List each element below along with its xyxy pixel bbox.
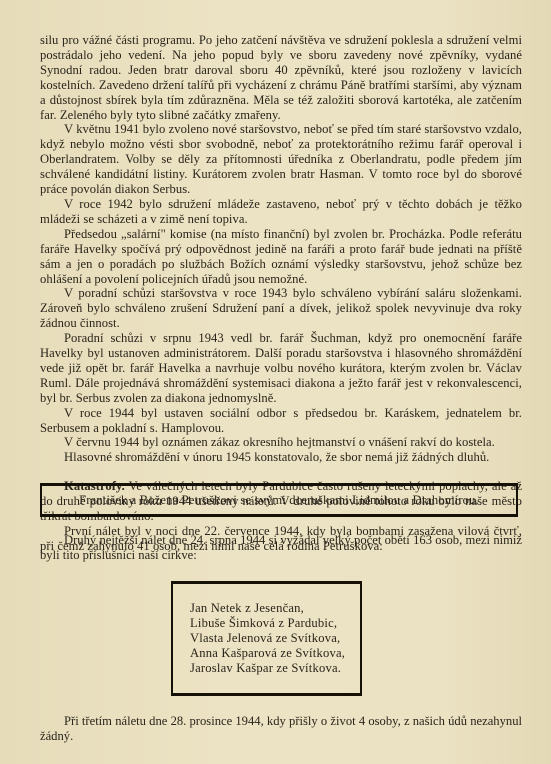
- document-page: silu pro vážné části programu. Po jeho z…: [40, 33, 522, 554]
- paragraph-third-raid-wrapper: Při třetím náletu dne 28. prosince 1944,…: [40, 714, 522, 744]
- paragraph-youth-1942: V roce 1942 bylo sdružení mládeže zastav…: [40, 197, 522, 227]
- paragraph-elders-1941: V květnu 1941 bylo zvoleno nové staršovs…: [40, 122, 522, 197]
- victim-name: Jan Netek z Jesenčan,: [190, 601, 360, 616]
- paragraph-salary-commission: Předsedou „salární" komise (na místo fin…: [40, 227, 522, 287]
- victim-name: Libuše Šimková z Pardubic,: [190, 616, 360, 631]
- paragraph-meeting-1943: V poradní schůzi staršovstva v roce 1943…: [40, 286, 522, 331]
- paragraph-coffin-ban-1944: V červnu 1944 byl oznámen zákaz okresníh…: [40, 435, 522, 450]
- paragraph-meeting-aug-1943: Poradní schůzi v srpnu 1943 vedl br. far…: [40, 331, 522, 406]
- paragraph-second-raid: Druhý nejtěžší nálet dne 24. srpna 1944 …: [40, 533, 522, 563]
- victim-name: Vlasta Jelenová ze Svítkova,: [190, 631, 360, 646]
- paragraph-assembly-1945: Hlasovné shromáždění v únoru 1945 konsta…: [40, 450, 522, 465]
- paragraph-second-raid-wrapper: Druhý nejtěžší nálet dne 24. srpna 1944 …: [40, 533, 522, 563]
- victim-name: Anna Kašparová ze Svítkova,: [190, 646, 360, 661]
- memorial-box-second-raid-victims: Jan Netek z Jesenčan, Libuše Šimková z P…: [171, 581, 362, 696]
- memorial-text-petruska-family: František a Božena Petruškovi se svými d…: [79, 493, 479, 508]
- memorial-box-petruska-family: František a Božena Petruškovi se svými d…: [40, 483, 518, 517]
- victim-name: Jaroslav Kašpar ze Svítkova.: [190, 661, 360, 676]
- paragraph-third-raid: Při třetím náletu dne 28. prosince 1944,…: [40, 714, 522, 744]
- paragraph-youth-association: silu pro vážné části programu. Po jeho z…: [40, 33, 522, 122]
- paragraph-social-dept-1944: V roce 1944 byl ustaven sociální odbor s…: [40, 406, 522, 436]
